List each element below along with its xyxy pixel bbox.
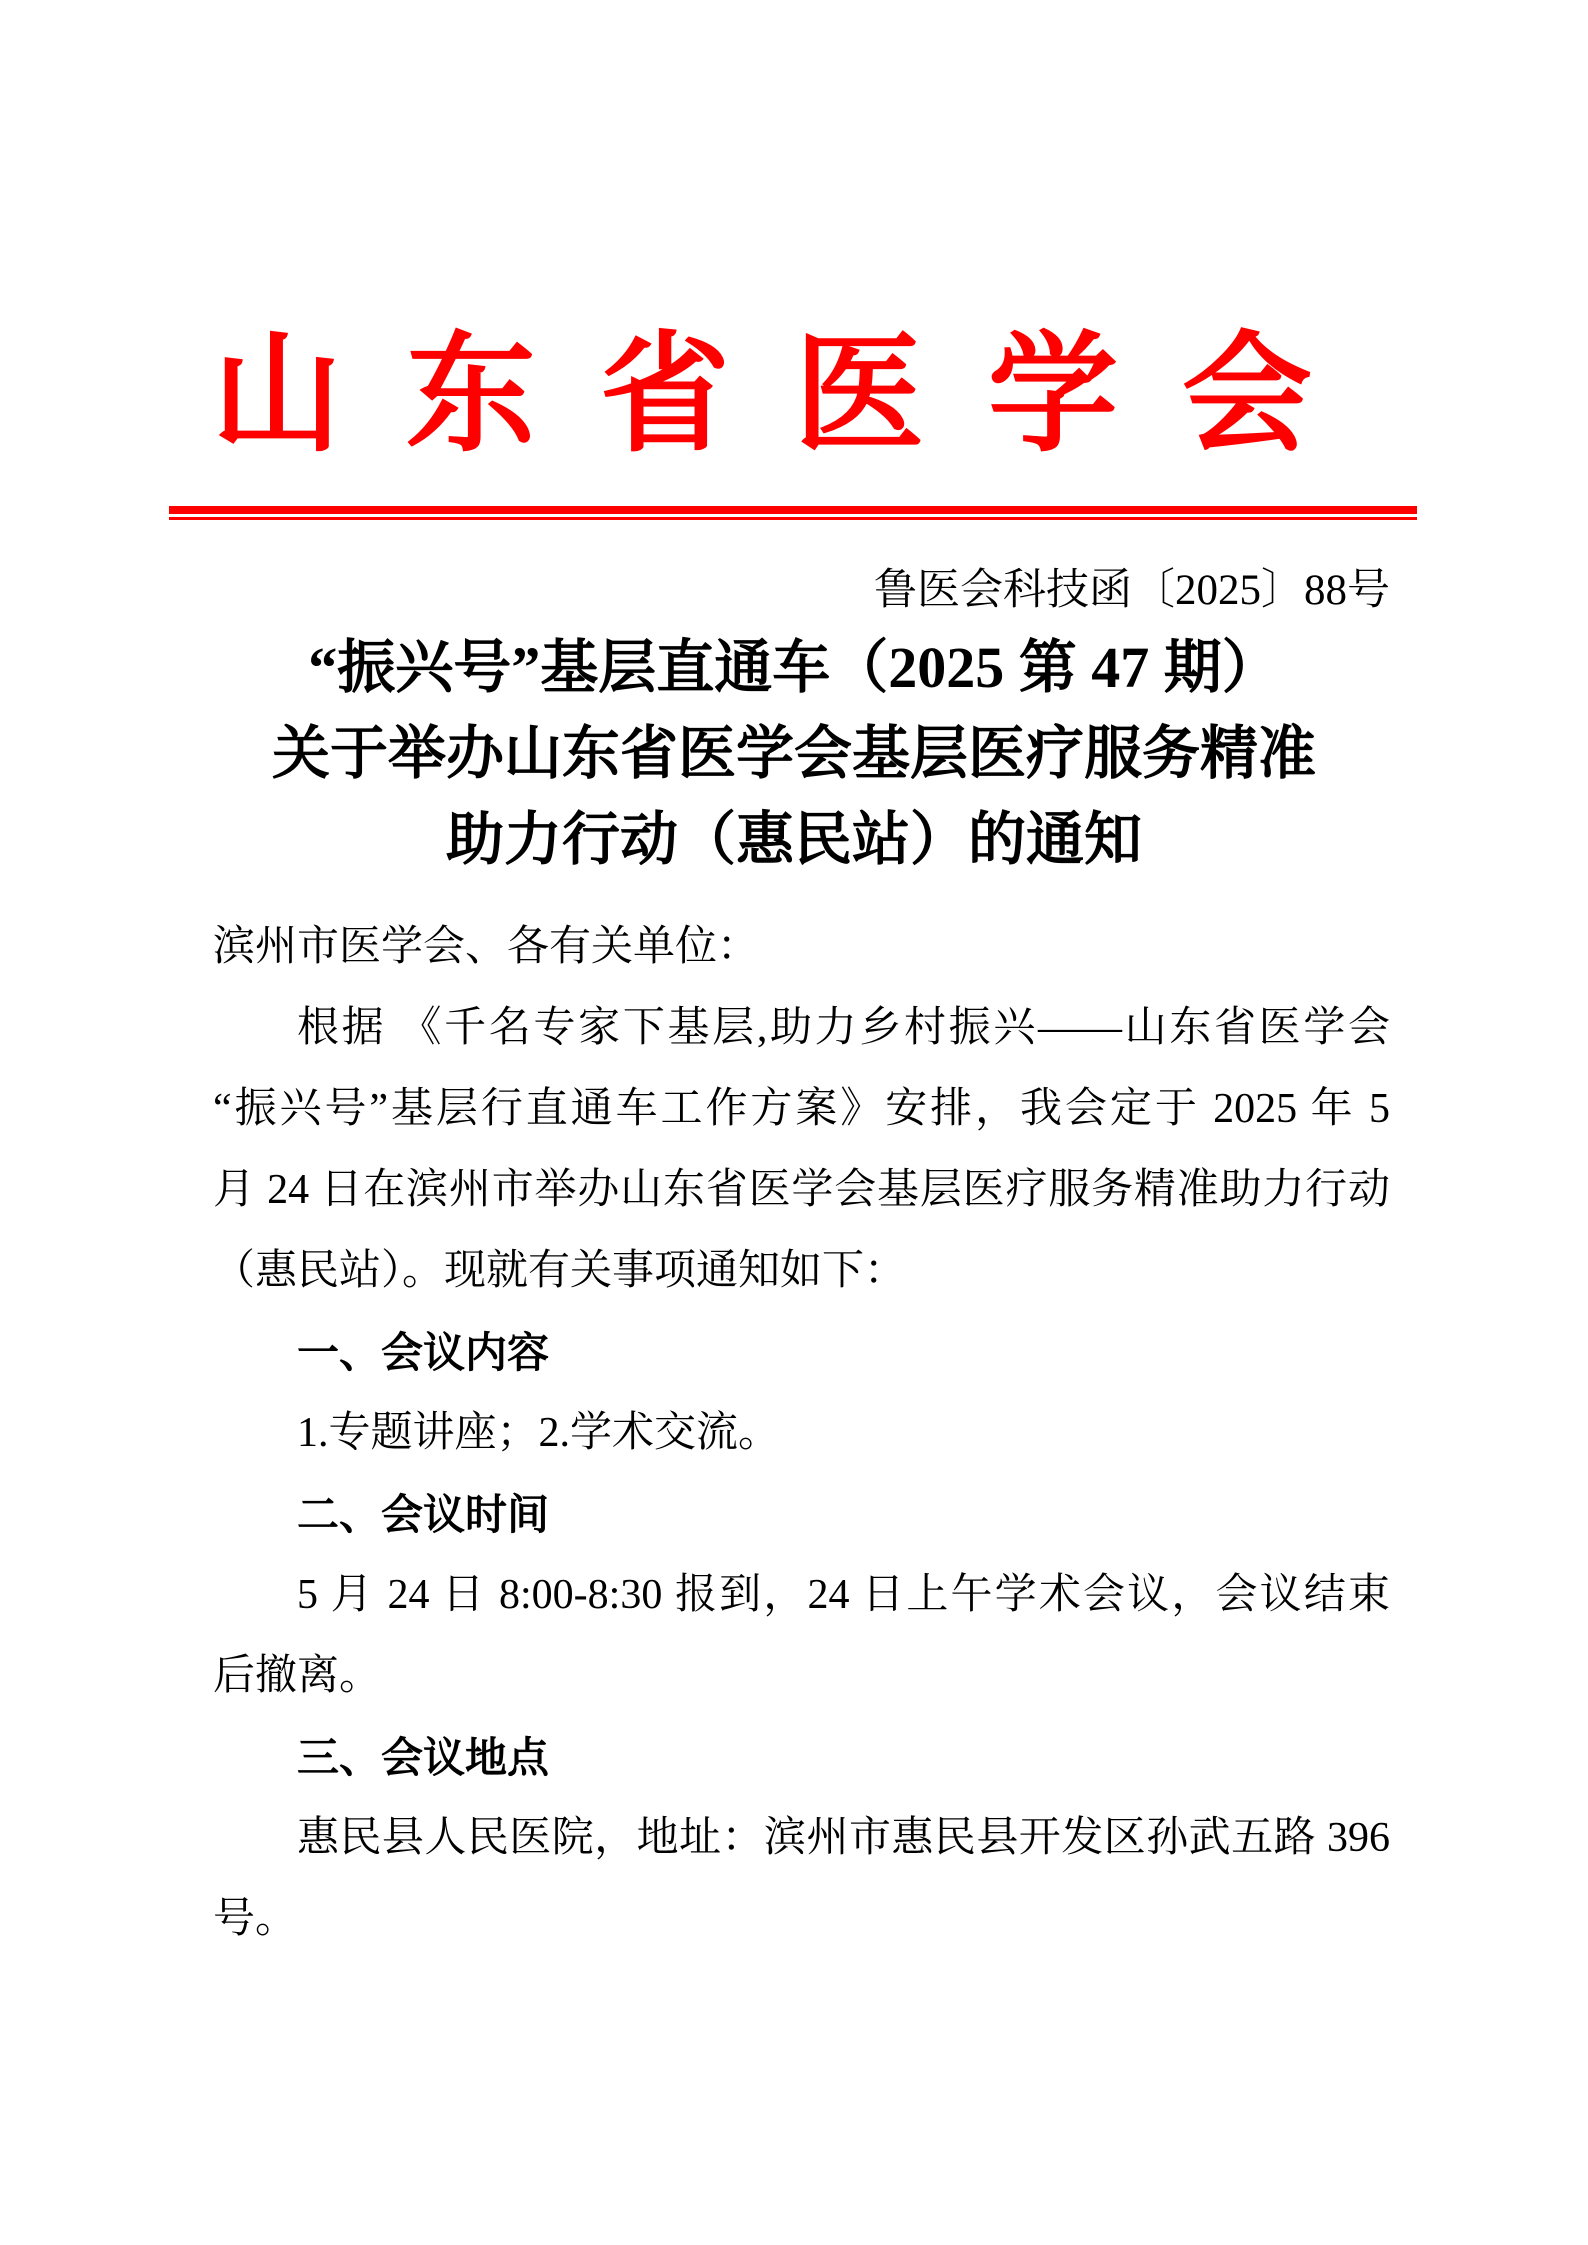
- body-line: 月 24 日在滨州市举办山东省医学会基层医疗服务精准助力行动: [213, 1150, 1390, 1231]
- notice-title-line1: “振兴号”基层直通车（2025 第 47 期）: [0, 625, 1588, 711]
- body-line: （惠民站）。现就有关事项通知如下：: [213, 1231, 1390, 1312]
- section-heading: 二、会议时间: [213, 1474, 1390, 1555]
- document-number: 鲁医会科技函〔2025〕88号: [0, 568, 1588, 614]
- body-line: 滨州市医学会、各有关单位：: [213, 907, 1390, 988]
- document-body: 滨州市医学会、各有关单位：根据 《千名专家下基层,助力乡村振兴——山东省医学会“…: [0, 907, 1588, 1960]
- letterhead-divider: [169, 506, 1417, 520]
- body-line: 号。: [213, 1879, 1390, 1960]
- section-heading: 三、会议地点: [213, 1717, 1390, 1798]
- body-line: 后撤离。: [213, 1636, 1390, 1717]
- notice-title-line3: 助力行动（惠民站）的通知: [0, 797, 1588, 883]
- notice-title-line2: 关于举办山东省医学会基层医疗服务精准: [0, 711, 1588, 797]
- body-line: 惠民县人民医院，地址：滨州市惠民县开发区孙武五路 396: [213, 1798, 1390, 1879]
- notice-title: “振兴号”基层直通车（2025 第 47 期） 关于举办山东省医学会基层医疗服务…: [0, 625, 1588, 883]
- body-line: 1.专题讲座；2.学术交流。: [213, 1393, 1390, 1474]
- body-line: 根据 《千名专家下基层,助力乡村振兴——山东省医学会: [213, 988, 1390, 1069]
- body-line: “振兴号”基层行直通车工作方案》安排，我会定于 2025 年 5: [213, 1069, 1390, 1150]
- body-line: 5 月 24 日 8:00-8:30 报到，24 日上午学术会议，会议结束: [213, 1555, 1390, 1636]
- document-page: 山东省医学会 鲁医会科技函〔2025〕88号 “振兴号”基层直通车（2025 第…: [0, 0, 1588, 2245]
- letterhead-org-name: 山东省医学会: [0, 0, 1588, 470]
- section-heading: 一、会议内容: [213, 1312, 1390, 1393]
